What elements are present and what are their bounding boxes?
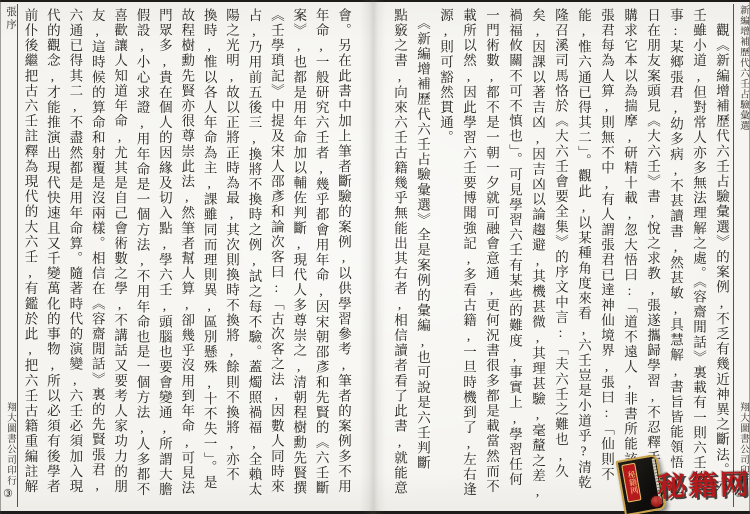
publisher-imprint: 翔大圖書公司印行 [3, 402, 17, 486]
text-column: 假設,小心求證,用年命是一個方法,不用年命也是一個方法,人多都不 [130, 8, 152, 508]
text-column: 友,這時候的算命和射覆是沒兩樣。相信在《容齋閒話》裏的先賢張君, [85, 8, 107, 508]
book-scan-spread: 新編增補歷代六壬占驗彙選 翔大圖書公司印行 ② 觀《新編增補歷代六壬占驗彙選》的… [0, 0, 750, 514]
text-column: 六通已得其二,不盡然都是用年命算。隨著時代的演變,六壬必須加入現 [63, 8, 85, 508]
text-column: 故程樹勳先賢亦很尊崇此法,然筆者幫人算,卻幾乎沒用到年命,可見法 [175, 8, 197, 508]
text-column: 案》,也都是用年命加以輔佐判斷,現代人多尊崇之,清朝程樹勳先賢撰 [287, 8, 309, 508]
text-column: 換時,惟以各人年命為主,課雖同而理則異,區別懸殊,十不失一」。是 [197, 8, 219, 508]
text-column: 代的觀念,才能推演出現代快速且又千變萬化的事物,所以必須有後學者 [41, 8, 63, 508]
text-column: 占,乃用前五後三,換將不換時之例,試之每不驗。蓋燭照禍福,全賴太 [242, 8, 264, 508]
right-page-text: 觀《新編增補歷代六壬占驗彙選》的案例,不乏有幾近神異之斷法。六 壬雖小道,但對常… [386, 8, 732, 508]
text-column: 門眾多,貴在個人的因緣及切入點,學六壬,頭腦也要會變通,所謂大膽 [152, 8, 174, 508]
text-column: 一門術數,都不是一朝一夕就可融會意通,更何況書很多都是載當然而不 [479, 8, 502, 508]
page-number-badge: ③ [3, 487, 13, 500]
right-margin-rule [733, 4, 734, 507]
text-column: 觀《新編增補歷代六壬占驗彙選》的案例,不乏有幾近神異之斷法。六 [709, 8, 732, 508]
text-column: 喜歡讓人知道年命,尤其是自己會術數之學,不講話又要考人家功力的朋 [108, 8, 130, 508]
text-column: 隆召溪司馬恪於《大六壬會要全集》的序文中言:「夫六壬之難也,久 [548, 8, 571, 508]
watermark-seal-icon [651, 496, 662, 507]
text-column: 載所以然,因此學習六壬要博聞強記,多看古籍,一旦時機到了,左右逢 [456, 8, 479, 508]
text-column: 日在朋友案頭見《大六壬》書,悅之求教,張遂攜歸學習,不忍釋手, [640, 8, 663, 508]
text-column: 《壬學瑣記》中提及宋人邵彥和論次客曰:「古次客之法,因數人同時來 [264, 8, 286, 508]
text-column: 禍福攸關不可不慎也」。可見學習六壬有某些的難度,事實上,學習任何 [502, 8, 525, 508]
text-column: 源,則可豁然貫通。 [433, 8, 456, 508]
text-column: 陽之光明,故以正將正時為最,其次則換時不換將,餘則不換將,亦不 [220, 8, 242, 508]
text-column: 矣,因課以著吉凶,因吉凶以論趨避,其機甚微,其理甚驗,毫釐之差, [525, 8, 548, 508]
text-column: 事:某鄉張君,幼多病,不甚讀書,然甚敏,具慧解,書旨皆能領悟,一 [663, 8, 686, 508]
text-column: 點竅之書,向來六壬古籍幾乎無能出其右者,相信讀者看了此書,就能意 [387, 8, 410, 508]
section-title: 張序 [3, 6, 17, 32]
text-column: 前仆後繼把古六壬註釋為現代的大六壬,有鑑於此,把六壬古籍重編註解 [18, 8, 40, 508]
text-column: 年命,一般研究六壬者,幾乎都會用年命,因宋朝邵彥和先賢的《六壬斷 [309, 8, 331, 508]
text-column: 能,惟六通已得其二」。觀此,以某種角度來看,六壬豈是小道乎?清乾 [571, 8, 594, 508]
text-column: 張君每為人算,則無不中,有人謂張君已達神仙境界,張曰:「仙則不 [594, 8, 617, 508]
text-column: 《新編增補歷代六壬占驗彙選》全是案例的彙編,也可說是六壬判斷 [410, 8, 433, 508]
scan-edge-left [0, 0, 1, 514]
text-column: 會。另在此書中加上筆者斷驗的案例,以供學習參考,筆者的案例多不用 [332, 8, 354, 508]
watermark-site-name: 秘籍网 [657, 462, 750, 505]
text-column: 購求它本以為揣摩,研精十載,忽大悟曰:「道不遠人,非書所能該」, [617, 8, 640, 508]
text-column: 壬雖小道,但對常人亦多無法理解之處。《容齋閒話》裏載有一則六壬故 [686, 8, 709, 508]
running-title: 新編增補歷代六壬占驗彙選 [736, 5, 750, 131]
page-gutter-shadow [360, 0, 386, 514]
site-watermark: 秘籍网 秘籍网 [612, 452, 750, 514]
left-page-text: 會。另在此書中加上筆者斷驗的案例,以供學習參考,筆者的案例多不用 年命,一般研究… [18, 8, 354, 508]
watermark-book-label: 秘籍网 [621, 463, 641, 503]
